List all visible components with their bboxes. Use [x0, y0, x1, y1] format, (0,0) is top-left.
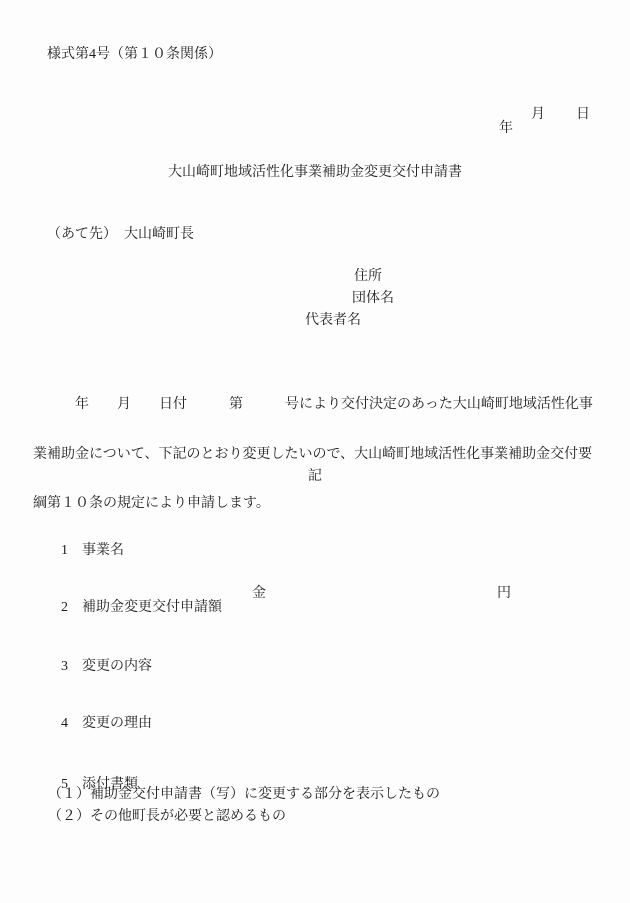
representative-name-label: 代表者名	[305, 314, 361, 328]
amount-prefix-label: 金	[252, 587, 266, 601]
record-marker: 記	[0, 470, 630, 484]
item-number: 2	[61, 600, 68, 615]
form-number: 様式第4号（第１０条関係）	[47, 48, 222, 62]
document-page: 様式第4号（第１０条関係） 年 月 日 大山崎町地域活性化事業補助金変更交付申請…	[0, 0, 630, 903]
item-label: 事業名	[82, 543, 124, 558]
day-label: 日	[576, 108, 590, 122]
body-line: 綱第１０条の規定により申請します。	[33, 493, 613, 515]
item-subsidy-change-amount: 2補助金変更交付申請額	[47, 587, 222, 629]
body-paragraph: 年 月 日付 第 号により交付決定のあった大山崎町地域活性化事 業補助金について…	[33, 366, 613, 543]
year-label: 年	[499, 121, 513, 136]
body-line: 年 月 日付 第 号により交付決定のあった大山崎町地域活性化事	[33, 394, 613, 416]
document-title: 大山崎町地域活性化事業補助金変更交付申請書	[0, 166, 630, 180]
attachment-item-1: （１）補助金交付申請書（写）に変更する部分を表示したもの	[48, 788, 440, 802]
item-change-details: 3変更の内容	[47, 646, 152, 688]
item-number: 3	[61, 659, 68, 674]
attachment-item-2: （２）その他町長が必要と認めるもの	[48, 810, 286, 824]
item-number: 4	[61, 716, 68, 731]
organization-name-label: 団体名	[352, 292, 394, 306]
amount-suffix-label: 円	[497, 587, 511, 601]
month-label: 月	[531, 108, 545, 122]
addressee-line: （あて先） 大山崎町長	[47, 228, 194, 242]
address-label: 住所	[354, 270, 382, 284]
item-change-reason: 4変更の理由	[47, 703, 152, 745]
body-line: 業補助金について、下記のとおり変更したいので、大山崎町地域活性化事業補助金交付要	[33, 444, 613, 466]
item-label: 変更の内容	[82, 659, 152, 674]
item-number: 1	[61, 543, 68, 558]
item-label: 補助金変更交付申請額	[82, 600, 222, 615]
item-label: 変更の理由	[82, 716, 152, 731]
item-business-name: 1事業名	[47, 530, 124, 572]
